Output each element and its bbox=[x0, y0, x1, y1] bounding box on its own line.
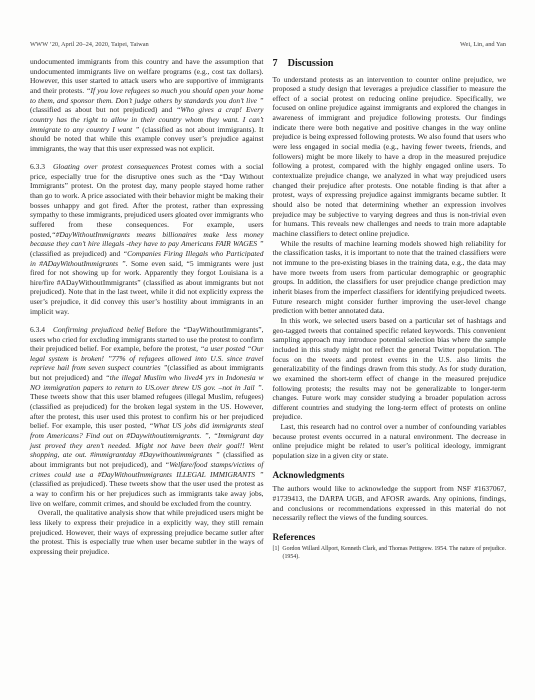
authors: Wei, Lin, and Yan bbox=[460, 41, 506, 48]
paragraph: While the results of machine learning mo… bbox=[273, 239, 507, 316]
body-text: While the results of machine learning mo… bbox=[273, 239, 507, 316]
paragraph: The authors would like to acknowledge th… bbox=[273, 484, 507, 523]
body-text: To understand protests as an interventio… bbox=[273, 75, 507, 239]
acknowledgments-heading: Acknowledgments bbox=[273, 470, 507, 480]
paragraph: To understand protests as an interventio… bbox=[273, 75, 507, 239]
body-text: The authors would like to acknowledge th… bbox=[273, 484, 507, 522]
paragraph: Overall, the qualitative analysis show t… bbox=[30, 508, 264, 556]
body-text: Protest comes with a social price, espec… bbox=[30, 162, 264, 239]
paragraph: undocumented immigrants from this countr… bbox=[30, 57, 264, 154]
right-column: 7Discussion To understand protests as an… bbox=[273, 57, 507, 561]
body-text: (classified as prejudiced) and bbox=[30, 249, 123, 258]
reference-text: Gordon Willard Allport, Kenneth Clark, a… bbox=[282, 546, 506, 559]
running-head: WWW ’20, April 20–24, 2020, Taipei, Taiw… bbox=[30, 41, 506, 48]
section-number: 7 bbox=[273, 58, 278, 69]
section-title: Discussion bbox=[288, 58, 334, 69]
paper-page: WWW ’20, April 20–24, 2020, Taipei, Taiw… bbox=[0, 0, 535, 700]
body-text: Last, this research had no control over … bbox=[273, 422, 507, 460]
subsection-title: Gloating over protest consequences bbox=[53, 162, 168, 171]
reference-label: [1] bbox=[273, 546, 283, 552]
conference-info: WWW ’20, April 20–24, 2020, Taipei, Taiw… bbox=[30, 41, 149, 48]
subsection-number: 6.3.3 bbox=[30, 162, 45, 171]
reference-item: [1]Gordon Willard Allport, Kenneth Clark… bbox=[273, 546, 507, 561]
references-heading: References bbox=[273, 532, 507, 542]
subsection-paragraph: 6.3.4Confirming prejudiced beliefBefore … bbox=[30, 325, 264, 508]
acknowledgments-text: The authors would like to acknowledge th… bbox=[273, 484, 507, 523]
section-heading-discussion: 7Discussion bbox=[273, 58, 507, 69]
two-column-body: undocumented immigrants from this countr… bbox=[30, 57, 506, 561]
body-text: In this work, we selected users based on… bbox=[273, 316, 507, 422]
left-column: undocumented immigrants from this countr… bbox=[30, 57, 264, 561]
paragraph: In this work, we selected users based on… bbox=[273, 316, 507, 422]
subsection-paragraph: 6.3.3Gloating over protest consequencesP… bbox=[30, 162, 264, 317]
body-text: (classified as prejudiced). These tweets… bbox=[30, 479, 264, 507]
paragraph: Last, this research had no control over … bbox=[273, 422, 507, 461]
subsection-number: 6.3.4 bbox=[30, 325, 45, 334]
discussion-paragraphs: To understand protests as an interventio… bbox=[273, 75, 507, 461]
body-text: (classified as about but not prejudiced)… bbox=[30, 105, 176, 114]
body-text: Overall, the qualitative analysis show t… bbox=[30, 508, 264, 556]
quoted-tweet-text: “#DayWithoutImmigrants means billionaire… bbox=[30, 230, 264, 249]
subsection-title: Confirming prejudiced belief bbox=[53, 325, 144, 334]
